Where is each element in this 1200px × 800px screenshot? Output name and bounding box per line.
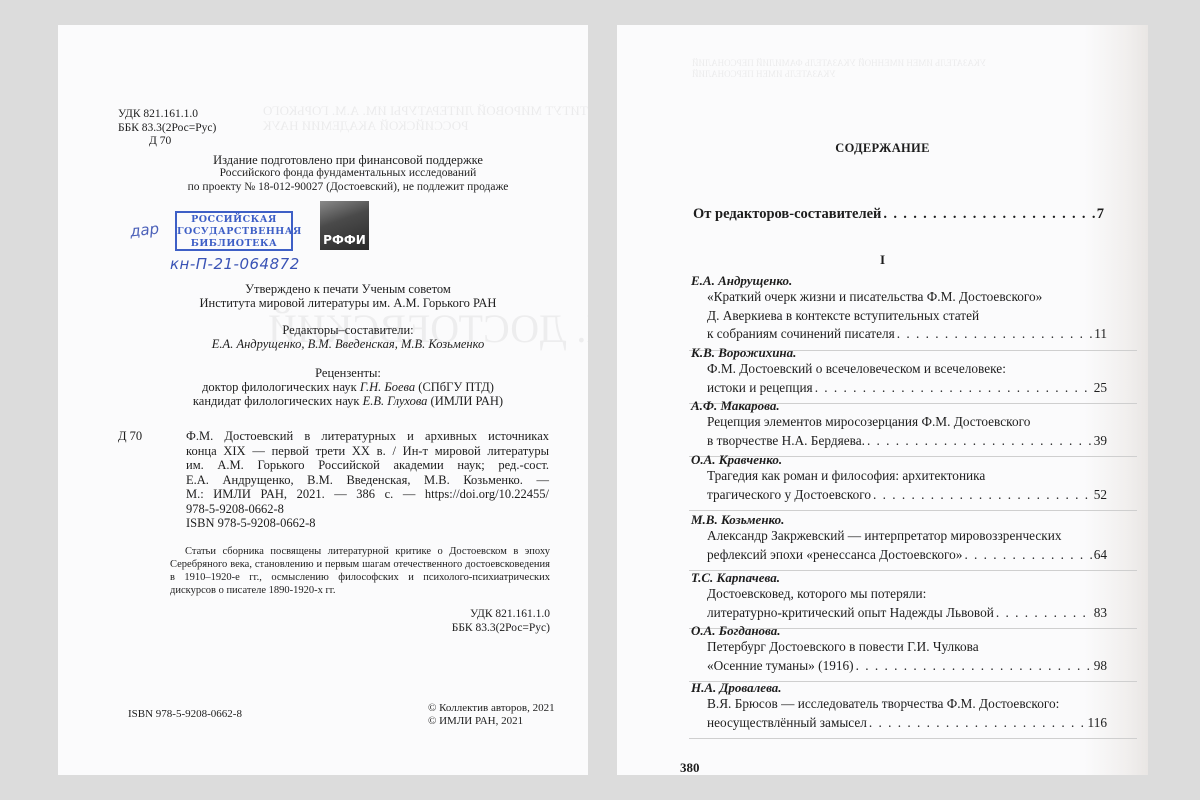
handwritten-gift-mark: дар (129, 220, 160, 241)
catalog-line: конца XIX — первой трети XX в. / Ин-т ми… (186, 444, 549, 459)
toc-entry-last-line: неосуществлённый замысел................… (691, 714, 1107, 733)
funding-note: Издание подготовлено при финансовой подд… (148, 153, 548, 194)
classification-codes-top: УДК 821.161.1.0 ББК 83.3(2Рос=Рус) Д 70 (118, 108, 216, 149)
reviewer-name: Е.В. Глухова (363, 394, 428, 408)
catalog-line: М.: ИМЛИ РАН, 2021. — 386 с. — https://d… (186, 487, 549, 502)
annotation-text: Статьи сборника посвящены литературной к… (170, 545, 550, 597)
show-through-text: РОССИЙСКОЙ АКАДЕМИИ НАУК (263, 118, 468, 134)
catalog-isbn: ISBN 978-5-9208-0662-8 (186, 516, 549, 531)
toc-entry-last-line: трагического у Достоевского.............… (691, 486, 1107, 505)
toc-entry-title-line: в творчестве Н.А. Бердяева. (707, 432, 865, 451)
leader-dots: ........................................… (897, 325, 1092, 344)
bbk-code: ББК 83.3(2Рос=Рус) (438, 622, 550, 636)
toc-page-number: 83 (1094, 604, 1107, 623)
toc-entry-title-line: истоки и рецепция (707, 379, 813, 398)
show-through-text: ИНСТИТУТ МИРОВОЙ ЛИТЕРАТУРЫ ИМ. А.М. ГОР… (263, 103, 588, 119)
toc-entry[interactable]: К.В. Ворожихина.Ф.М. Достоевский о всече… (691, 345, 1107, 397)
show-through-text: УКАЗАТЕЛЬ ИМЕН ПЕРСОНАЛИЙ (692, 69, 836, 79)
reviewer-name: Г.Н. Боева (360, 380, 415, 394)
toc-entry[interactable]: А.Ф. Макарова.Рецепция элементов миросоз… (691, 398, 1107, 450)
toc-entry-title-line: к собраниям сочинений писателя (707, 325, 895, 344)
catalog-line: Ф.М. Достоевский в литературных и архивн… (186, 429, 549, 444)
catalog-author-mark: Д 70 (118, 429, 142, 444)
reviewer-line: доктор филологических наук Г.Н. Боева (С… (138, 380, 558, 394)
logo-text: РФФИ (323, 233, 366, 247)
toc-entry-title-line: Ф.М. Достоевский о всечеловеческом и все… (691, 360, 1107, 379)
right-page-contents: УКАЗАТЕЛЬ ИМЕН ИМЕННОЙ УКАЗАТЕЛЬ ФАМИЛИЙ… (617, 25, 1148, 775)
reviewer-affiliation: (ИМЛИ РАН) (427, 394, 503, 408)
toc-entry-title-line: трагического у Достоевского (707, 486, 871, 505)
approval-note: Утверждено к печати Ученым советом Инсти… (138, 282, 558, 310)
handwritten-inventory-number: кн-П-21-064872 (170, 255, 300, 273)
leader-dots: ........................................… (873, 486, 1092, 505)
reviewers-label: Рецензенты: (138, 366, 558, 380)
show-through-text: УКАЗАТЕЛЬ ИМЕН ИМЕННОЙ УКАЗАТЕЛЬ ФАМИЛИЙ… (692, 58, 986, 68)
toc-page-number: 7 (1097, 206, 1104, 223)
toc-entry-title-line: литературно-критический опыт Надежды Льв… (707, 604, 994, 623)
catalog-line: 978-5-9208-0662-8 (186, 502, 549, 517)
toc-entry-author: О.А. Кравченко. (691, 452, 1107, 467)
toc-entry[interactable]: О.А. Кравченко.Трагедия как роман и фило… (691, 452, 1107, 504)
toc-entry-title-line: В.Я. Брюсов — исследователь творчества Ф… (691, 695, 1107, 714)
toc-entry-author: О.А. Богданова. (691, 623, 1107, 638)
toc-entry-title: От редакторов-составителей (693, 206, 881, 223)
library-stamp: РОССИЙСКАЯ ГОСУДАРСТВЕННАЯ БИБЛИОТЕКА (175, 211, 293, 251)
part-heading: I (617, 252, 1148, 268)
funding-line: Издание подготовлено при финансовой подд… (148, 153, 548, 167)
toc-page-number: 39 (1094, 432, 1107, 451)
classification-codes-bottom: УДК 821.161.1.0 ББК 83.3(2Рос=Рус) (438, 608, 550, 635)
toc-entry-author: М.В. Козьменко. (691, 512, 1107, 527)
toc-entry[interactable]: Е.А. Андрущенко.«Краткий очерк жизни и п… (691, 273, 1107, 344)
toc-entry-title-line: Достоевсковед, которого мы потеряли: (691, 585, 1107, 604)
editors-block: Редакторы–составители: Е.А. Андрущенко, … (138, 323, 558, 351)
leader-dots: ........................................… (867, 432, 1092, 451)
copyright-line: © ИМЛИ РАН, 2021 (428, 715, 555, 728)
udk-code: УДК 821.161.1.0 (118, 108, 216, 122)
reviewer-line: кандидат филологических наук Е.В. Глухов… (138, 394, 558, 408)
leader-dots: ........................................… (964, 546, 1091, 565)
toc-page-number: 52 (1094, 486, 1107, 505)
toc-entry-title-line: рефлексий эпохи «ренессанса Достоевского… (707, 546, 962, 565)
reviewer-affiliation: (СПбГУ ПТД) (415, 380, 494, 394)
toc-page-number: 98 (1094, 657, 1107, 676)
copyright-line: © Коллектив авторов, 2021 (428, 702, 555, 715)
toc-entry-last-line: истоки и рецепция.......................… (691, 379, 1107, 398)
toc-entry[interactable]: Н.А. Дровалева.В.Я. Брюсов — исследовате… (691, 680, 1107, 732)
toc-entry-author: Н.А. Дровалева. (691, 680, 1107, 695)
toc-entry[interactable]: О.А. Богданова.Петербург Достоевского в … (691, 623, 1107, 675)
stamp-line: РОССИЙСКАЯ (177, 214, 291, 226)
toc-entry-author: Е.А. Андрущенко. (691, 273, 1107, 288)
toc-entry-last-line: в творчестве Н.А. Бердяева..............… (691, 432, 1107, 451)
toc-entry-title-line: Д. Аверкиева в контексте вступительных с… (691, 307, 1107, 326)
approval-line: Института мировой литературы им. А.М. Го… (138, 296, 558, 310)
bbk-code: ББК 83.3(2Рос=Рус) (118, 122, 216, 136)
leader-dots: ........................................… (996, 604, 1092, 623)
leader-dots: ........................................… (869, 714, 1086, 733)
toc-entry-last-line: «Осенние туманы» (1916).................… (691, 657, 1107, 676)
stamp-line: ГОСУДАРСТВЕННАЯ (177, 226, 291, 238)
funding-line: по проекту № 18-012-90027 (Достоевский),… (148, 181, 548, 195)
toc-entry-title-line: «Краткий очерк жизни и писательства Ф.М.… (691, 288, 1107, 307)
page-number: 380 (680, 760, 700, 775)
toc-entry-intro[interactable]: От редакторов-составителей .............… (693, 206, 1104, 223)
toc-entry-title-line: Рецепция элементов миросозерцания Ф.М. Д… (691, 413, 1107, 432)
reviewers-block: Рецензенты: доктор филологических наук Г… (138, 366, 558, 408)
editors-names: Е.А. Андрущенко, В.М. Введенская, М.В. К… (138, 337, 558, 351)
toc-entry-author: К.В. Ворожихина. (691, 345, 1107, 360)
annotation: Статьи сборника посвящены литературной к… (170, 545, 550, 597)
approval-line: Утверждено к печати Ученым советом (138, 282, 558, 296)
toc-entry-title-line: «Осенние туманы» (1916) (707, 657, 854, 676)
left-page-title-verso: ИНСТИТУТ МИРОВОЙ ЛИТЕРАТУРЫ ИМ. А.М. ГОР… (58, 25, 588, 775)
catalog-line: им. А.М. Горького Российской академии на… (186, 458, 549, 473)
toc-entry-last-line: рефлексий эпохи «ренессанса Достоевского… (691, 546, 1107, 565)
toc-entry-title-line: Трагедия как роман и философия: архитект… (691, 467, 1107, 486)
stamp-line: БИБЛИОТЕКА (177, 238, 291, 250)
toc-entry[interactable]: М.В. Козьменко.Александр Закржевский — и… (691, 512, 1107, 564)
catalog-entry: Ф.М. Достоевский в литературных и архивн… (186, 429, 549, 531)
entry-divider (689, 510, 1137, 511)
toc-entry-last-line: к собраниям сочинений писателя..........… (691, 325, 1107, 344)
toc-page-number: 116 (1088, 714, 1107, 733)
toc-entry-author: Т.С. Карпачева. (691, 570, 1107, 585)
toc-entry-last-line: литературно-критический опыт Надежды Льв… (691, 604, 1107, 623)
toc-entry-title-line: Александр Закржевский — интерпретатор ми… (691, 527, 1107, 546)
funding-line: Российского фонда фундаментальных исслед… (148, 167, 548, 181)
toc-page-number: 11 (1094, 325, 1107, 344)
reviewer-degree: кандидат филологических наук (193, 394, 363, 408)
reviewer-degree: доктор филологических наук (202, 380, 360, 394)
leader-dots: ........................................… (883, 206, 1094, 223)
toc-title: СОДЕРЖАНИЕ (617, 141, 1148, 156)
toc-page-number: 64 (1094, 546, 1107, 565)
author-mark: Д 70 (118, 135, 216, 149)
toc-entry-author: А.Ф. Макарова. (691, 398, 1107, 413)
rffi-logo: РФФИ (320, 201, 369, 250)
catalog-line: Е.А. Андрущенко, В.М. Введенская, М.В. К… (186, 473, 549, 488)
editors-label: Редакторы–составители: (138, 323, 558, 337)
isbn: ISBN 978-5-9208-0662-8 (128, 708, 242, 720)
toc-entry[interactable]: Т.С. Карпачева.Достоевсковед, которого м… (691, 570, 1107, 622)
udk-code: УДК 821.161.1.0 (438, 608, 550, 622)
leader-dots: ........................................… (856, 657, 1092, 676)
copyright-block: © Коллектив авторов, 2021 © ИМЛИ РАН, 20… (428, 702, 555, 727)
toc-entry-title-line: неосуществлённый замысел (707, 714, 867, 733)
leader-dots: ........................................… (815, 379, 1092, 398)
toc-entry-title-line: Петербург Достоевского в повести Г.И. Чу… (691, 638, 1107, 657)
entry-divider (689, 738, 1137, 739)
toc-page-number: 25 (1094, 379, 1107, 398)
